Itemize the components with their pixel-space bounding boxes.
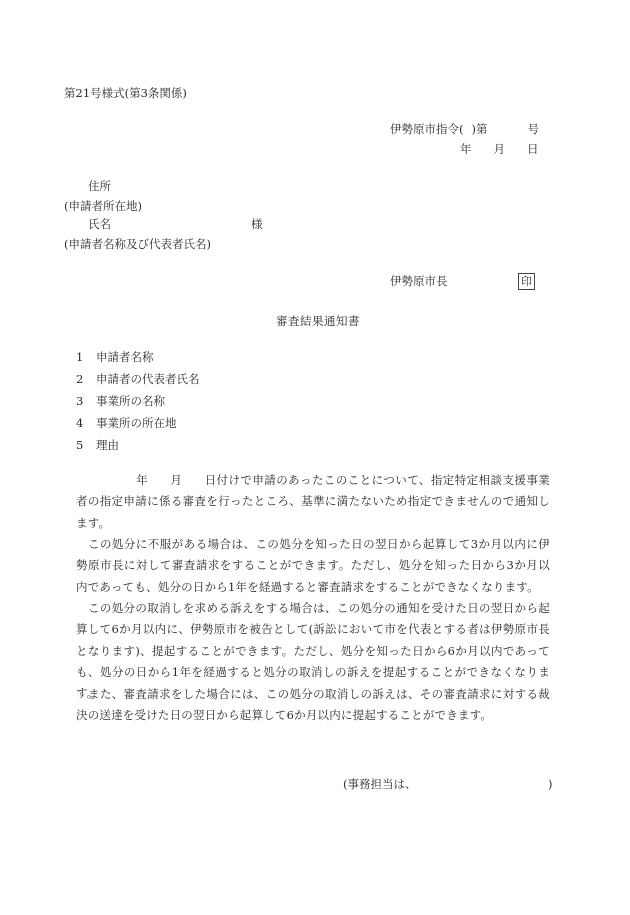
item-label: 申請者名称 [96, 350, 154, 364]
item-label: 理由 [96, 438, 119, 452]
item-number: 2 [76, 374, 96, 386]
address-sublabel: (申請者所在地) [64, 201, 142, 213]
appeal-paragraph: この処分に不服がある場合は、この処分を知った日の翌日から起算して3か月以内に伊勢… [76, 534, 550, 598]
date-year: 年 [460, 142, 472, 156]
notice-paragraph: 年月日付けで申請のあったこのことについて、指定特定相談支援事業者の指定申請に係る… [76, 470, 550, 534]
list-item: 3事業所の名称 [76, 396, 165, 408]
reference-suffix: 号 [528, 122, 540, 136]
reference-number: 伊勢原市指令()第号 [390, 124, 539, 136]
reference-prefix: 伊勢原市指令( [390, 122, 464, 136]
list-item: 2申請者の代表者氏名 [76, 374, 200, 386]
date-day: 日 [527, 142, 539, 156]
review-paragraph: また、審査請求をした場合には、この処分の取消しの訴えは、その審査請求に対する裁決… [76, 684, 550, 727]
p1-month: 月 [170, 473, 182, 487]
issue-date: 年月日 [460, 144, 539, 156]
sender-title: 伊勢原市長 [390, 276, 448, 288]
item-number: 3 [76, 396, 96, 408]
item-label: 申請者の代表者氏名 [96, 372, 200, 386]
reference-paren-close: )第 [472, 122, 488, 136]
item-number: 4 [76, 418, 96, 430]
list-item: 5理由 [76, 440, 119, 452]
document-title: 審査結果通知書 [276, 316, 360, 328]
contact-label: (事務担当は、 [343, 777, 417, 791]
item-number: 1 [76, 352, 96, 364]
address-label: 住所 [88, 181, 111, 193]
p1-year: 年 [136, 473, 148, 487]
contact-close: ) [548, 779, 553, 791]
date-month: 月 [494, 142, 506, 156]
item-label: 事業所の名称 [96, 394, 165, 408]
name-label: 氏名 [88, 219, 111, 231]
list-item: 1申請者名称 [76, 352, 154, 364]
item-number: 5 [76, 440, 96, 452]
honorific: 様 [251, 219, 263, 231]
list-item: 4事業所の所在地 [76, 418, 177, 430]
contact-person: (事務担当は、 ) [343, 779, 417, 791]
form-number: 第21号様式(第3条関係) [64, 88, 187, 100]
name-sublabel: (申請者名称及び代表者氏名) [64, 239, 211, 251]
seal-icon: 印 [518, 273, 535, 290]
item-label: 事業所の所在地 [96, 416, 177, 430]
